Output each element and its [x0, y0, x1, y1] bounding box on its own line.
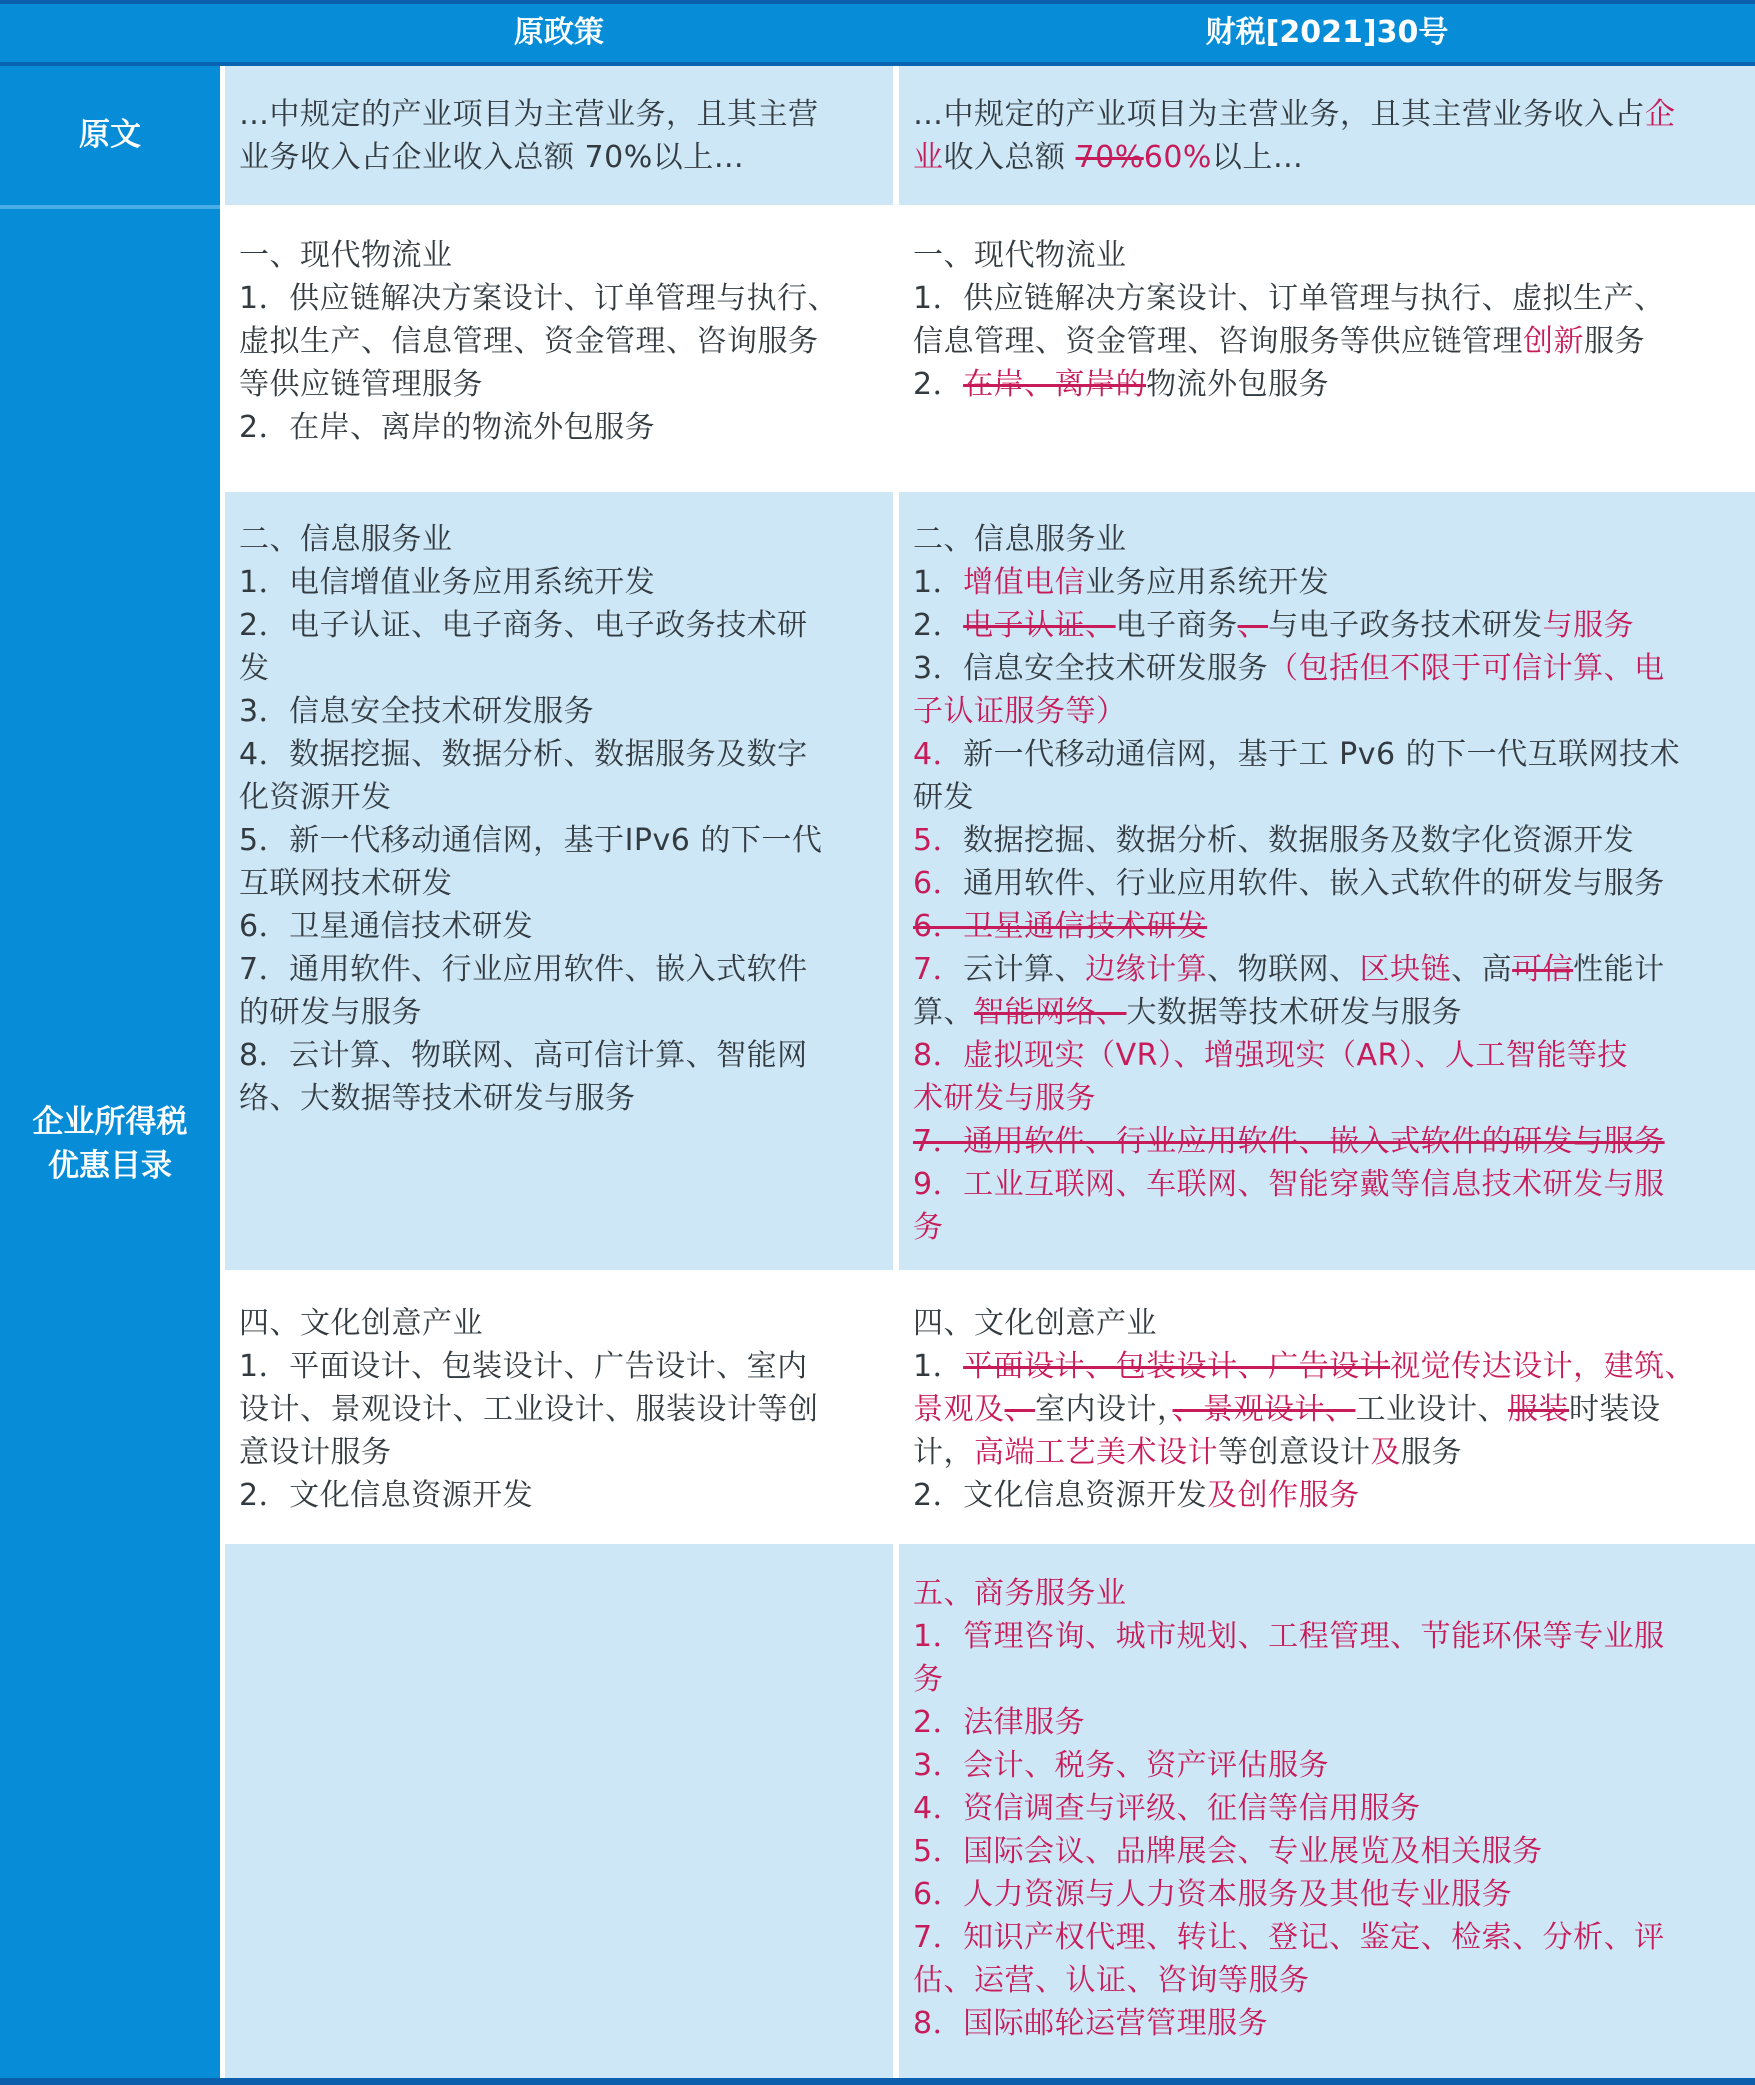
text-inserted: 边缘计算	[1085, 952, 1207, 987]
text-line-inserted: 6．人力资源与人力资本服务及其他专业服务	[913, 1873, 1741, 1916]
cell-logistics-new: 一、现代物流业 1．供应链解决方案设计、订单管理与执行、虚拟生产、 信息管理、资…	[899, 209, 1755, 486]
text-line: 信息管理、资金管理、咨询服务等供应链管理创新服务	[913, 320, 1741, 363]
label-original-text: 原文	[0, 113, 220, 157]
text-line: 6．通用软件、行业应用软件、嵌入式软件的研发与服务	[913, 862, 1741, 905]
row-label-original-text: 原文	[0, 66, 220, 205]
text-line: 1．增值电信业务应用系统开发	[913, 561, 1741, 604]
text-plain: 云计算、	[963, 952, 1085, 987]
cell-business-old-empty	[225, 1544, 893, 2078]
text-line: 1．供应链解决方案设计、订单管理与执行、	[239, 277, 879, 320]
text-inserted: 及创作服务	[1207, 1478, 1360, 1513]
text-plain: 信息管理、资金管理、咨询服务等供应链管理	[913, 324, 1523, 359]
text-inserted: 6．	[913, 866, 963, 901]
text-plain: 电子商务	[1116, 608, 1238, 643]
text-line-inserted: 子认证服务等）	[913, 690, 1741, 733]
text-line-inserted: 7．知识产权代理、转让、登记、鉴定、检索、分析、评	[913, 1916, 1741, 1959]
text-plain: …中规定的产业项目为主营业务，且其主营业务收入占	[913, 97, 1645, 132]
text-deleted: 、景观设计、	[1173, 1392, 1356, 1427]
text-line: 2．文化信息资源开发	[239, 1474, 879, 1517]
text-line: 2．电子认证、电子商务、与电子政务技术研发与服务	[913, 604, 1741, 647]
text-deleted: 平面设计、包装设计、广告设计	[963, 1349, 1390, 1384]
cell-culture-old: 四、文化创意产业 1．平面设计、包装设计、广告设计、室内 设计、景观设计、工业设…	[225, 1276, 893, 1526]
text-line-inserted: 5．国际会议、品牌展会、专业展览及相关服务	[913, 1830, 1741, 1873]
text-inserted: 及	[1371, 1435, 1402, 1470]
text-plain: 业务应用系统开发	[1085, 565, 1329, 600]
text-deleted: 在岸、离岸的	[963, 367, 1146, 402]
text-deleted: 、	[1005, 1392, 1036, 1427]
text-line-inserted: 1．管理咨询、城市规划、工程管理、节能环保等专业服	[913, 1615, 1741, 1658]
text-inserted: 区块链	[1360, 952, 1452, 987]
text-plain: 1．	[913, 1349, 963, 1384]
label-catalog-line2: 优惠目录	[0, 1144, 220, 1188]
text-line-inserted: 8．虚拟现实（VR）、增强现实（AR）、人工智能等技	[913, 1034, 1741, 1077]
text-line: …中规定的产业项目为主营业务，且其主营	[239, 93, 879, 136]
text-plain: 与电子政务技术研发	[1268, 608, 1543, 643]
text-line: 8．云计算、物联网、高可信计算、智能网	[239, 1034, 879, 1077]
text-plain: 通用软件、行业应用软件、嵌入式软件的研发与服务	[963, 866, 1665, 901]
text-line: 等供应链管理服务	[239, 363, 879, 406]
text-line: 6．卫星通信技术研发	[239, 905, 879, 948]
header-old-policy: 原政策	[225, 4, 893, 62]
text-line-inserted: 术研发与服务	[913, 1077, 1741, 1120]
section-title: 五、商务服务业	[913, 1572, 1741, 1615]
row-label-catalog: 企业所得税 优惠目录	[0, 209, 220, 2078]
text-line-inserted: 2．法律服务	[913, 1701, 1741, 1744]
text-inserted: 景观及	[913, 1392, 1005, 1427]
text-plain: 等创意设计	[1218, 1435, 1371, 1470]
text-plain: 服务	[1584, 324, 1645, 359]
text-line: 7．通用软件、行业应用软件、嵌入式软件	[239, 948, 879, 991]
text-line: 5．数据挖掘、数据分析、数据服务及数字化资源开发	[913, 819, 1741, 862]
text-plain: 服务	[1401, 1435, 1462, 1470]
text-line: 2．在岸、离岸的物流外包服务	[239, 406, 879, 449]
text-plain: 大数据等技术研发与服务	[1127, 995, 1463, 1030]
text-line: 3．信息安全技术研发服务	[239, 690, 879, 733]
text-line: 6．卫星通信技术研发	[913, 905, 1741, 948]
text-inserted: 企	[1645, 97, 1676, 132]
text-line: 业收入总额 70%60%以上…	[913, 136, 1741, 179]
text-deleted: 70%	[1076, 140, 1144, 175]
text-line: 计，高端工艺美术设计等创意设计及服务	[913, 1431, 1741, 1474]
text-line-inserted: 3．会计、税务、资产评估服务	[913, 1744, 1741, 1787]
text-line: …中规定的产业项目为主营业务，且其主营业务收入占企	[913, 93, 1741, 136]
text-line: 1．平面设计、包装设计、广告设计、室内	[239, 1345, 879, 1388]
text-inserted: 业	[913, 140, 944, 175]
text-deleted: 服装	[1508, 1392, 1569, 1427]
text-plain: 2．	[913, 367, 963, 402]
text-line-inserted: 估、运营、认证、咨询等服务	[913, 1959, 1741, 2002]
text-deleted: 可信	[1512, 952, 1573, 987]
cell-logistics-old: 一、现代物流业 1．供应链解决方案设计、订单管理与执行、 虚拟生产、信息管理、资…	[225, 209, 893, 486]
text-line: 意设计服务	[239, 1431, 879, 1474]
text-plain: 以上…	[1212, 140, 1304, 175]
text-line: 2．在岸、离岸的物流外包服务	[913, 363, 1741, 406]
text-line-inserted: 4．资信调查与评级、征信等信用服务	[913, 1787, 1741, 1830]
text-inserted: 4．	[913, 737, 963, 772]
cell-original-new: …中规定的产业项目为主营业务，且其主营业务收入占企 业收入总额 70%60%以上…	[899, 66, 1755, 205]
text-plain: 、高	[1451, 952, 1512, 987]
text-plain: 1．	[913, 565, 963, 600]
text-line: 化资源开发	[239, 776, 879, 819]
text-line: 的研发与服务	[239, 991, 879, 1034]
text-plain: 性能计	[1573, 952, 1665, 987]
text-line-inserted: 9．工业互联网、车联网、智能穿戴等信息技术研发与服	[913, 1163, 1741, 1206]
table-header: 原政策 财税[2021]30号	[0, 4, 1755, 66]
text-inserted: 7．	[913, 952, 963, 987]
label-catalog-line1: 企业所得税	[0, 1100, 220, 1144]
bottom-border	[0, 2078, 1755, 2085]
text-line: 算、智能网络、大数据等技术研发与服务	[913, 991, 1741, 1034]
text-line: 设计、景观设计、工业设计、服装设计等创	[239, 1388, 879, 1431]
text-inserted: 创新	[1523, 324, 1584, 359]
text-line: 4．新一代移动通信网，基于工 Pv6 的下一代互联网技术	[913, 733, 1741, 776]
text-inserted: 增值电信	[963, 565, 1085, 600]
text-line-inserted: 务	[913, 1658, 1741, 1701]
cell-culture-new: 四、文化创意产业 1．平面设计、包装设计、广告设计视觉传达设计，建筑、 景观及、…	[899, 1276, 1755, 1526]
text-plain: 时装设	[1569, 1392, 1661, 1427]
cell-info-new: 二、信息服务业 1．增值电信业务应用系统开发 2．电子认证、电子商务、与电子政务…	[899, 492, 1755, 1270]
text-plain: 2．	[913, 608, 963, 643]
text-deleted: 电子认证、	[963, 608, 1116, 643]
cell-original-old: …中规定的产业项目为主营业务，且其主营 业务收入占企业收入总额 70%以上…	[225, 66, 893, 205]
section-title: 四、文化创意产业	[239, 1302, 879, 1345]
text-line: 2．电子认证、电子商务、电子政务技术研	[239, 604, 879, 647]
text-inserted: （包括但不限于可信计算、电	[1268, 651, 1665, 686]
section-title: 二、信息服务业	[913, 518, 1741, 561]
text-line: 1．供应链解决方案设计、订单管理与执行、虚拟生产、	[913, 277, 1741, 320]
text-plain: 2．文化信息资源开发	[913, 1478, 1207, 1513]
text-line: 4．数据挖掘、数据分析、数据服务及数字	[239, 733, 879, 776]
text-deleted: 7．通用软件、行业应用软件、嵌入式软件的研发与服务	[913, 1124, 1665, 1159]
text-inserted: 5．	[913, 823, 963, 858]
text-line: 发	[239, 647, 879, 690]
cell-info-old: 二、信息服务业 1．电信增值业务应用系统开发 2．电子认证、电子商务、电子政务技…	[225, 492, 893, 1270]
text-deleted: 、	[1238, 608, 1269, 643]
text-line: 2．文化信息资源开发及创作服务	[913, 1474, 1741, 1517]
text-plain: 收入总额	[944, 140, 1076, 175]
text-plain: 室内设计，	[1035, 1392, 1173, 1427]
text-line: 研发	[913, 776, 1741, 819]
text-inserted: 60%	[1144, 140, 1212, 175]
policy-comparison-table: 原政策 财税[2021]30号 原文 企业所得税 优惠目录 …中规定的产业项目为…	[0, 0, 1755, 2085]
text-line: 虚拟生产、信息管理、资金管理、咨询服务	[239, 320, 879, 363]
cell-business-new: 五、商务服务业 1．管理咨询、城市规划、工程管理、节能环保等专业服 务 2．法律…	[899, 1544, 1755, 2078]
text-line: 络、大数据等技术研发与服务	[239, 1077, 879, 1120]
header-new-policy: 财税[2021]30号	[899, 4, 1755, 62]
text-line: 3．信息安全技术研发服务（包括但不限于可信计算、电	[913, 647, 1741, 690]
text-line: 1．电信增值业务应用系统开发	[239, 561, 879, 604]
text-plain: 工业设计、	[1356, 1392, 1509, 1427]
text-line: 业务收入占企业收入总额 70%以上…	[239, 136, 879, 179]
text-plain: 、物联网、	[1207, 952, 1360, 987]
text-line: 7．通用软件、行业应用软件、嵌入式软件的研发与服务	[913, 1120, 1741, 1163]
text-inserted: 高端工艺美术设计	[974, 1435, 1218, 1470]
text-line-inserted: 8．国际邮轮运营管理服务	[913, 2002, 1741, 2045]
text-plain: 新一代移动通信网，基于工 Pv6 的下一代互联网技术	[963, 737, 1680, 772]
text-deleted: 6．卫星通信技术研发	[913, 909, 1207, 944]
text-plain: 3．信息安全技术研发服务	[913, 651, 1268, 686]
text-inserted: 视觉传达设计，建筑、	[1390, 1349, 1695, 1384]
text-inserted: 与服务	[1543, 608, 1635, 643]
text-deleted: 智能网络、	[974, 995, 1127, 1030]
text-line: 7．云计算、边缘计算、物联网、区块链、高可信性能计	[913, 948, 1741, 991]
text-plain: 物流外包服务	[1146, 367, 1329, 402]
text-plain: 计，	[913, 1435, 974, 1470]
text-plain: 数据挖掘、数据分析、数据服务及数字化资源开发	[963, 823, 1634, 858]
section-title: 一、现代物流业	[913, 234, 1741, 277]
text-line: 5．新一代移动通信网，基于IPv6 的下一代	[239, 819, 879, 862]
text-line: 互联网技术研发	[239, 862, 879, 905]
text-line-inserted: 务	[913, 1206, 1741, 1249]
section-title: 一、现代物流业	[239, 234, 879, 277]
text-plain: 算、	[913, 995, 974, 1030]
text-line: 1．平面设计、包装设计、广告设计视觉传达设计，建筑、	[913, 1345, 1741, 1388]
section-title: 二、信息服务业	[239, 518, 879, 561]
text-line: 景观及、室内设计，、景观设计、工业设计、服装时装设	[913, 1388, 1741, 1431]
section-title: 四、文化创意产业	[913, 1302, 1741, 1345]
